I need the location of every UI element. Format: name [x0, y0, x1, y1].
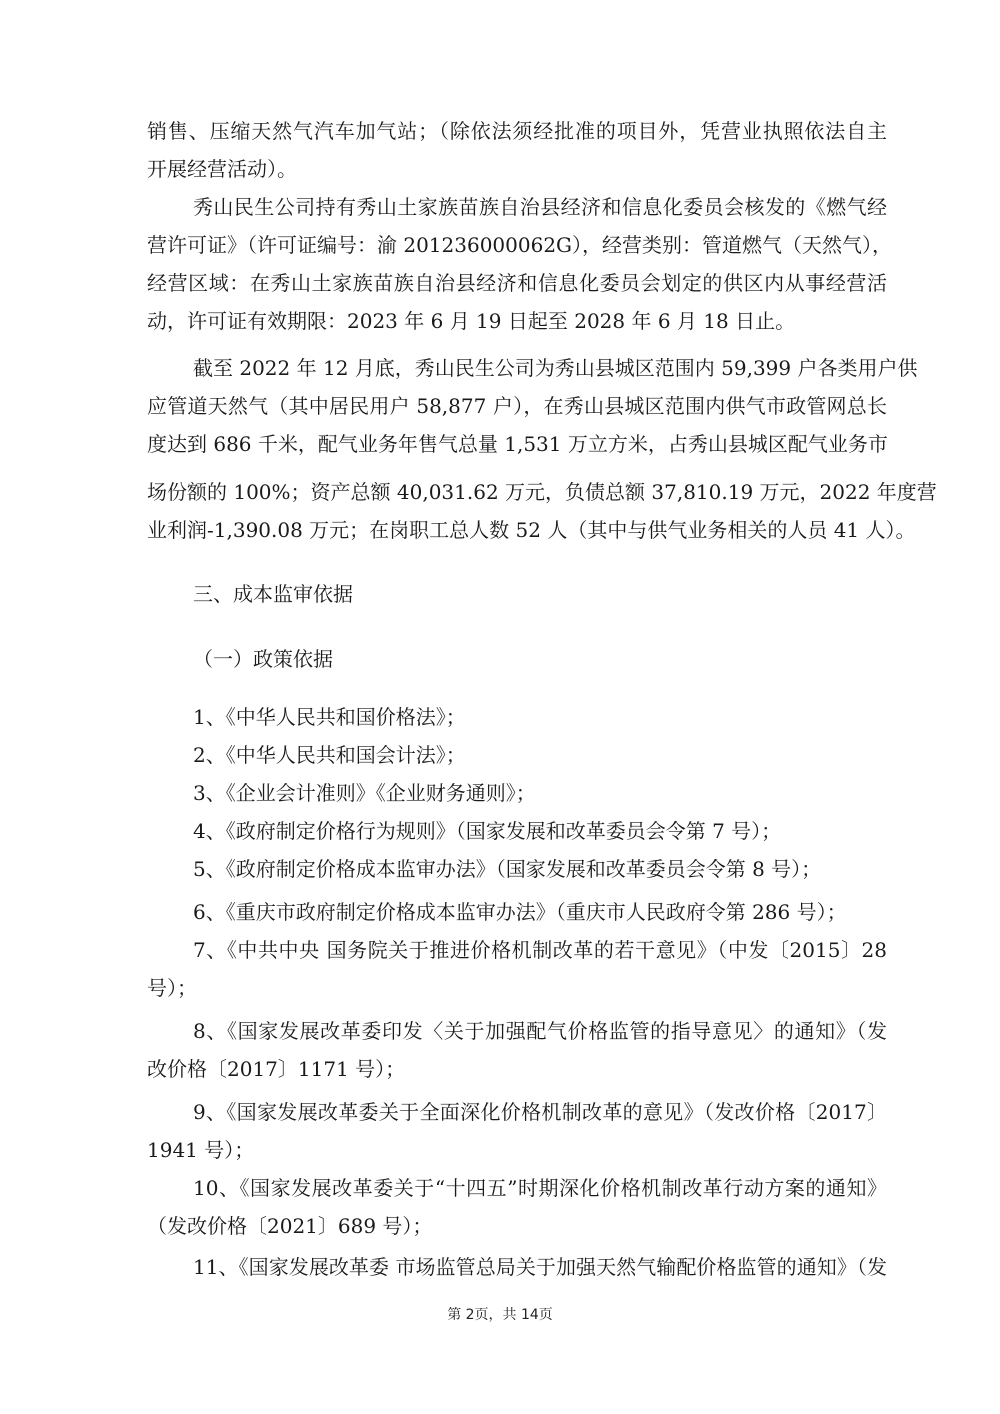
- policy-item-5: 5、《政府制定价格成本监审办法》（国家发展和改革委员会令第 8 号）；: [193, 855, 887, 883]
- paragraph-line: 度达到 686 千米，配气业务年售气总量 1,531 万立方米，占秀山县城区配气…: [147, 430, 887, 458]
- paragraph-line: 截至 2022 年 12 月底，秀山民生公司为秀山县城区范围内 59,399 户…: [193, 354, 887, 382]
- paragraph-line: 动，许可证有效期限：2023 年 6 月 19 日起至 2028 年 6 月 1…: [147, 307, 887, 335]
- policy-item-6: 6、《重庆市政府制定价格成本监审办法》（重庆市人民政府令第 286 号）；: [193, 898, 887, 926]
- paragraph-line: 应管道天然气（其中居民用户 58,877 户），在秀山县城区范围内供气市政管网总…: [147, 392, 887, 420]
- policy-item-9: 9、《国家发展改革委关于全面深化价格机制改革的意见》（发改价格〔2017〕: [193, 1098, 887, 1126]
- policy-item-4: 4、《政府制定价格行为规则》（国家发展和改革委员会令第 7 号）；: [193, 817, 887, 845]
- policy-item-8-cont: 改价格〔2017〕1171 号）；: [147, 1055, 887, 1083]
- section-heading: 三、成本监审依据: [193, 580, 353, 608]
- policy-item-1: 1、《中华人民共和国价格法》；: [193, 703, 887, 731]
- paragraph-line: 经营区域：在秀山土家族苗族自治县经济和信息化委员会划定的供区内从事经营活: [147, 269, 887, 297]
- policy-item-11: 11、《国家发展改革委 市场监管总局关于加强天然气输配价格监管的通知》（发: [193, 1253, 887, 1281]
- policy-item-7-cont: 号）；: [147, 974, 887, 1002]
- paragraph-line: 业利润-1,390.08 万元；在岗职工总人数 52 人（其中与供气业务相关的人…: [147, 516, 887, 544]
- paragraph-line: 营许可证》（许可证编号：渝 201236000062G），经营类别：管道燃气（天…: [147, 231, 887, 259]
- paragraph-line: 开展经营活动）。: [147, 155, 887, 183]
- subsection-heading: （一）政策依据: [193, 645, 333, 673]
- paragraph-line: 销售、压缩天然气汽车加气站；（除依法须经批准的项目外，凭营业执照依法自主: [147, 117, 887, 145]
- policy-item-7: 7、《中共中央 国务院关于推进价格机制改革的若干意见》（中发〔2015〕28: [193, 936, 887, 964]
- policy-item-2: 2、《中华人民共和国会计法》；: [193, 741, 887, 769]
- policy-item-8: 8、《国家发展改革委印发〈关于加强配气价格监管的指导意见〉的通知》（发: [193, 1017, 887, 1045]
- paragraph-line: 秀山民生公司持有秀山土家族苗族自治县经济和信息化委员会核发的《燃气经: [193, 193, 887, 221]
- policy-item-10-cont: （发改价格〔2021〕689 号）；: [147, 1212, 887, 1240]
- page-footer: 第 2页，共 14页: [0, 1304, 1000, 1324]
- policy-item-3: 3、《企业会计准则》《企业财务通则》；: [193, 779, 887, 807]
- document-page: 销售、压缩天然气汽车加气站；（除依法须经批准的项目外，凭营业执照依法自主 开展经…: [0, 0, 1000, 1414]
- paragraph-line: 场份额的 100%；资产总额 40,031.62 万元，负债总额 37,810.…: [147, 478, 887, 506]
- policy-item-10: 10、《国家发展改革委关于“十四五”时期深化价格机制改革行动方案的通知》: [193, 1174, 887, 1202]
- policy-item-9-cont: 1941 号）；: [147, 1136, 887, 1164]
